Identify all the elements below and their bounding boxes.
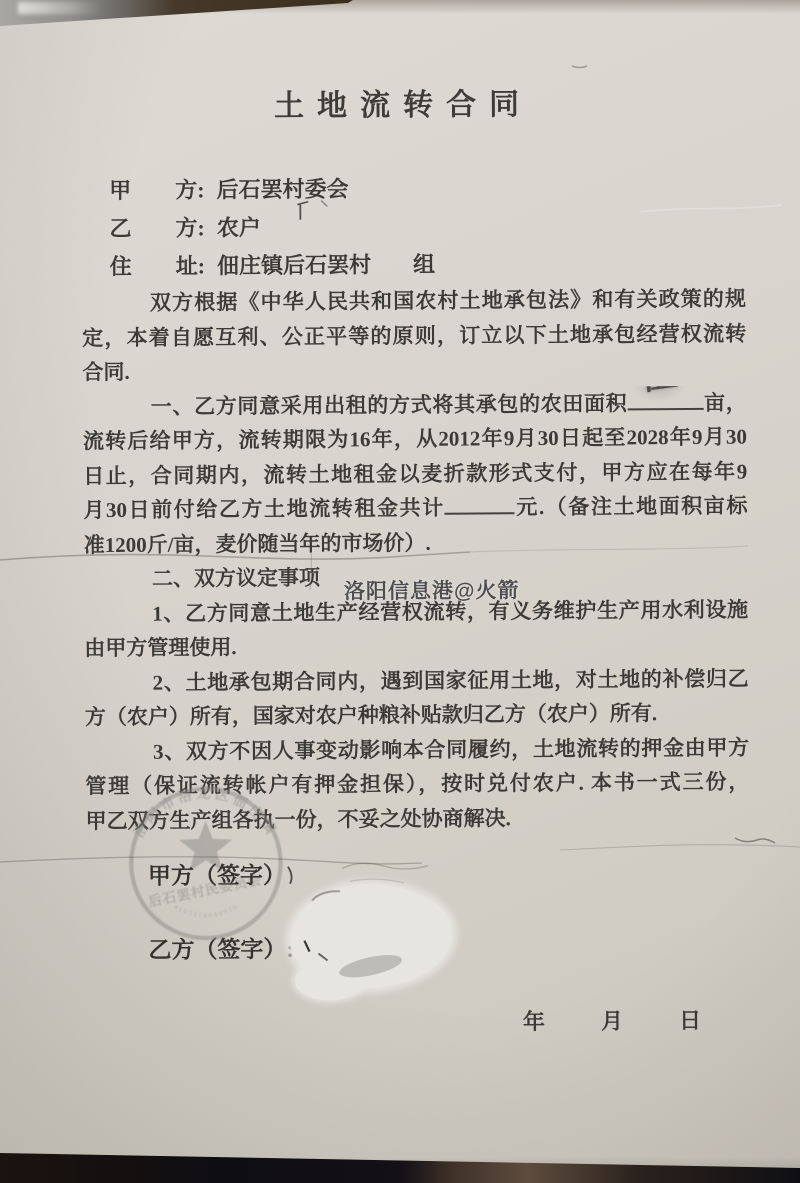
rent-line-prefix: 月30日前付给乙方土地流转租金共计 <box>83 496 445 523</box>
area-line-suffix: 亩， <box>703 390 747 414</box>
svg-text:4103118040970: 4103118040970 <box>172 902 240 920</box>
address-row: 住址:佃庄镇后石罢村组 <box>110 246 436 286</box>
party-a-signature-label: 甲方（签字） <box>148 857 286 891</box>
party-a-field: 方: <box>175 171 205 209</box>
body-line: 2、土地承包期合同内，遇到国家征用土地，对土地的补偿归乙 <box>85 661 749 700</box>
contract-body: 双方根据《中华人民共和国农村土地承包法》和有关政策的规 定，本着自愿互利、公正平… <box>82 282 750 839</box>
whited-out-signature <box>290 884 453 989</box>
rent-line-suffix: 元.（备注土地面积亩标 <box>515 494 748 520</box>
body-line: 合同. <box>82 351 746 390</box>
party-b-field: 方: <box>175 209 205 247</box>
parties-block: 甲方:后石罢村委会 乙方:农户 住址:佃庄镇后石罢村组 <box>109 170 435 286</box>
party-a-label: 甲 <box>109 172 175 210</box>
party-b-label: 乙 <box>109 210 175 248</box>
date-year-label: 年 <box>523 1005 545 1036</box>
photo-of-contract: 土地流转合同 甲方:后石罢村委会 乙方:农户 住址:佃庄镇后石罢村组 双方根据《… <box>0 0 800 1183</box>
address-field: 址: <box>176 247 206 285</box>
body-line: 方（农户）所有，国家对农户种粮补贴款归乙方（农户）所有. <box>85 696 749 735</box>
seal-code-text: 4103118040970 <box>172 902 240 920</box>
body-line-rent: 月30日前付给乙方土地流转租金共计元.（备注土地面积亩标 <box>83 489 747 528</box>
contract-title: 土地流转合同 <box>0 77 797 127</box>
date-line: 年 月 日 <box>523 1004 701 1036</box>
address-value: 佃庄镇后石罢村 <box>217 252 371 278</box>
party-a-row: 甲方:后石罢村委会 <box>109 170 435 210</box>
party-a-value: 后石罢村委会 <box>216 176 348 202</box>
party-b-value: 农户 <box>217 215 261 240</box>
date-day-label: 日 <box>679 1004 701 1035</box>
body-line: 准1200斤/亩，麦价随当年的市场价）. <box>84 523 748 562</box>
area-line-prefix: 一、乙方同意采用出租的方式将其承包的农田面积 <box>151 391 628 418</box>
rent-blank-field <box>445 492 515 514</box>
body-line: 3、双方不因人事变动影响本合同履约，土地流转的押金由甲方 <box>85 730 749 769</box>
body-line: 日止，合同期内，流转土地租金以麦折款形式支付，甲方应在每年9 <box>83 454 747 493</box>
body-line: 流转后给甲方，流转期限为16年，从2012年9月30日起至2028年9月30 <box>83 420 747 459</box>
address-label: 住 <box>110 248 176 286</box>
area-blank-field: 伍 <box>627 387 703 410</box>
body-line-area: 一、乙方同意采用出租的方式将其承包的农田面积伍亩， <box>83 385 747 424</box>
body-line: 由甲方管理使用. <box>84 627 748 666</box>
party-b-row: 乙方:农户 <box>109 208 435 248</box>
document-content: 土地流转合同 甲方:后石罢村委会 乙方:农户 住址:佃庄镇后石罢村组 双方根据《… <box>0 0 800 1183</box>
contract-paper: 土地流转合同 甲方:后石罢村委会 乙方:农户 住址:佃庄镇后石罢村组 双方根据《… <box>0 0 800 1183</box>
address-group-suffix: 组 <box>413 252 435 277</box>
date-month-label: 月 <box>601 1004 623 1035</box>
photo-watermark: 洛阳信息港@火箭 <box>344 574 520 605</box>
handwritten-area-value: 伍 <box>637 385 679 394</box>
body-line: 双方根据《中华人民共和国农村土地承包法》和有关政策的规 <box>82 282 746 321</box>
body-line: 定，本着自愿互利、公正平等的原则，订立以下土地承包经营权流转 <box>82 316 746 355</box>
